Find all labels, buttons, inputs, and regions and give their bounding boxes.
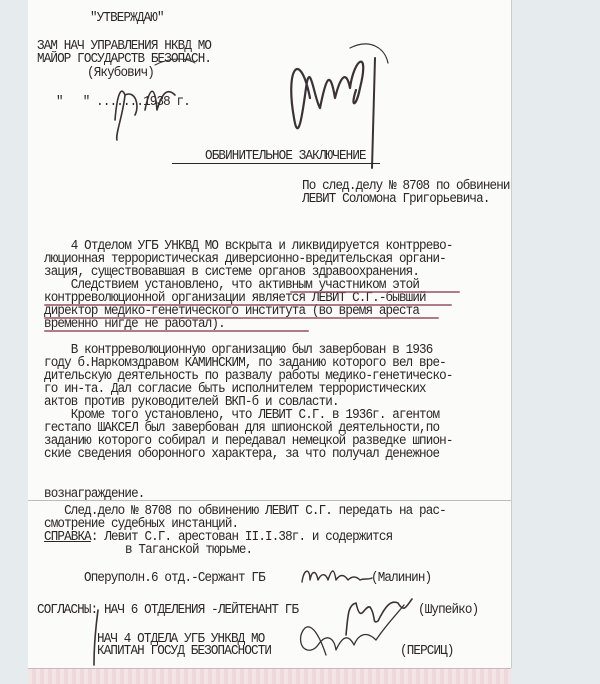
handwritten-underline [44,317,439,319]
case-subject-line2: ЛЕВИТ Соломона Григорьевича. [302,193,490,206]
title-underline [172,163,380,164]
officer-title: Оперуполн.6 отд.-Сержант ГБ [84,572,265,585]
handwritten-underline [44,330,309,332]
body-p4-line: ские сведения оборонного характера, за ч… [44,448,439,461]
body-p4-line: вознаграждение. [44,488,144,501]
reference-line2: в Таганской тюрьме. [125,544,252,557]
officer-name: (Малинин) [371,572,431,585]
handwritten-underline [44,304,452,306]
chief-signatures [86,595,426,665]
page-bottom-edge [28,668,511,684]
agreed-name: (Шупейко) [418,604,478,617]
handwritten-underline [290,291,460,293]
approval-stamp: "УТВЕРЖДАЮ" [90,12,164,25]
officer-signature [298,560,378,590]
date-handwriting [95,55,195,145]
document-title: ОБВИНИТЕЛЬНОЕ ЗАКЛЮЧЕНИЕ [205,150,366,163]
reference-label: СПРАВКА [44,530,91,545]
